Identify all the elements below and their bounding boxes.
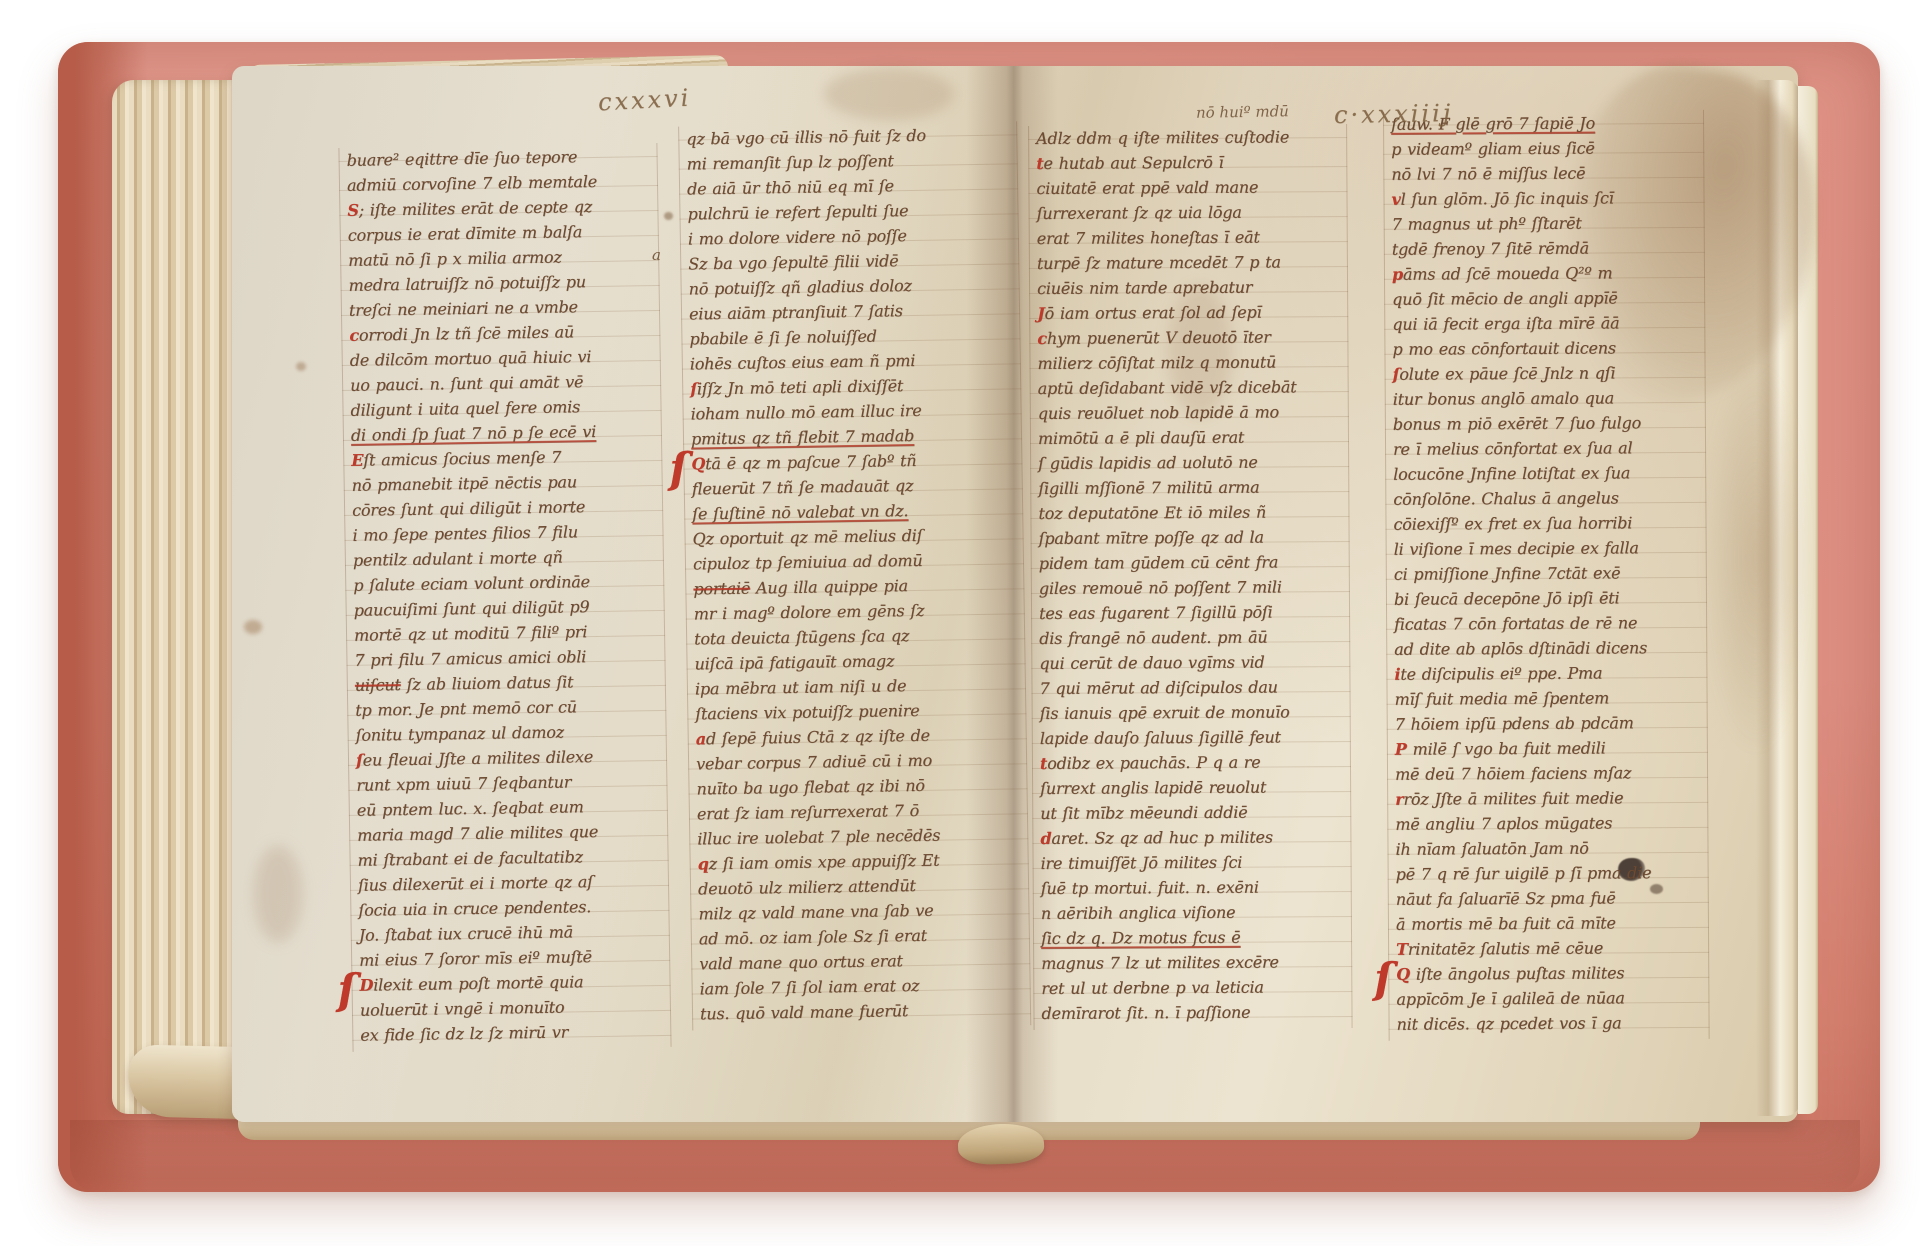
manuscript-text-line: ā mortis mē ba fuit cā mīte (1396, 910, 1708, 937)
manuscript-text-line: ad dite ab aplōs dſtinādi dicens (1394, 635, 1706, 662)
rubric-paraph-mark: ſ (669, 448, 688, 490)
manuscript-text-line: mīſ fuit media mē ſpentem (1395, 685, 1707, 712)
manuscript-text-line: magnus 7 lz ut milites excēre (1041, 949, 1351, 976)
manuscript-text-line: itur bonus anglō amalo qua (1393, 385, 1705, 412)
manuscript-text-line: ſurrexerant ſz qz uia lōga (1037, 199, 1347, 226)
manuscript-text-line: tgdē frenoy 7 ſitē rēmdā (1392, 235, 1704, 262)
manuscript-text-line: ſQ iſte āngolus puſtas milites (1396, 960, 1708, 987)
left-page-column-2: qz bā vgo cū illis nō fuit ſz domi reman… (678, 121, 1031, 1030)
manuscript-text-line: Trinitatēz ſalutis mē cēue (1396, 935, 1708, 962)
manuscript-text-line: locucōne Jnfine lotiſtat ex ſua (1393, 460, 1705, 487)
manuscript-text-line: 7 qui mērut ad diſcipulos dau (1039, 674, 1349, 701)
rubric-initial: d (1040, 829, 1051, 848)
manuscript-text-line: ciuēis nim tarde aprebatur (1037, 274, 1347, 301)
manuscript-text-line: ut ſit mībz mēeundi addiē (1040, 799, 1350, 826)
manuscript-text-line: bonus m piō exērēt 7 ſuo fulgo (1393, 410, 1705, 437)
left-page-text: buare² eqittre dīe ſuo teporeadmiū corvo… (338, 111, 1025, 1061)
rubric-initial: a (696, 729, 706, 748)
rubric-initial: v (1391, 190, 1400, 209)
manuscript-text-line: Jō iam ortus erat ſol ad ſepī (1037, 299, 1347, 326)
manuscript-text-line: Adlz ddm q iſte milites cuſtodie (1036, 124, 1346, 151)
manuscript-text-line: milierz cōſiſtat milz q monutū (1037, 349, 1347, 376)
manuscript-text-line: ex fide ſic dz lz ſz mirū vr (360, 1018, 670, 1048)
folio-number-right: c·xxxiiij (1334, 99, 1454, 129)
manuscript-photo: buare² eqittre dīe ſuo teporeadmiū corvo… (0, 0, 1920, 1246)
manuscript-text-line: ſ gūdis lapidis ad uolutō ne (1038, 449, 1348, 476)
rubric-initial: Q (1396, 965, 1410, 984)
rubric-strike: uiſcut (355, 675, 401, 695)
right-page-text: Adlz ddm q iſte milites cuſtodiete hutab… (1028, 110, 1718, 1074)
manuscript-text-line: pāms ad ſcē moueda Q²º m (1392, 260, 1704, 287)
manuscript-text-line: lapide dauſo ſaluus ſigillē feut (1040, 724, 1350, 751)
manuscript-text-line: n aēribih anglica viſione (1041, 899, 1351, 926)
manuscript-text-line: ite diſcipulis eiº ppe. Pma (1394, 660, 1706, 687)
manuscript-text-line: rrōz Jſte ā milites fuit medie (1395, 785, 1707, 812)
manuscript-text-line: turpē ſz mature mcedēt 7 p ta (1037, 249, 1347, 276)
manuscript-text-line: 7 hōiem ipſū pdens ab pdcām (1395, 710, 1707, 737)
marginal-note-left-page: a (652, 246, 661, 264)
right-page-fore-edge (1756, 80, 1800, 1116)
rubric-initial: c (1037, 329, 1047, 348)
right-page-column-2: ſauw. F glē grō 7 ſapiē Jop videamº glia… (1383, 110, 1710, 1041)
rubric-initial: E (351, 451, 363, 470)
manuscript-text-line: pē 7 q rē ſur uigilē p ſī pma die (1396, 860, 1708, 887)
rubric-initial: q (698, 854, 709, 873)
manuscript-text-line: daret. Sz qz ad huc p milites (1040, 824, 1350, 851)
rubric-initial: ſ (1393, 365, 1400, 384)
page-stack-edges (112, 80, 244, 1114)
manuscript-text-line: 7 magnus ut phº ſſtarēt (1392, 210, 1704, 237)
manuscript-text-line: bi ſeucā decepōne Jō ipſi ēti (1394, 585, 1706, 612)
rubric-initial: i (1394, 665, 1400, 684)
manuscript-text-line: tes eas fugarent 7 ſigillū pōſi (1039, 599, 1349, 626)
manuscript-text-line: ci pmiſſione Jnfine 7ctāt exē (1394, 560, 1706, 587)
rubric-initial: t (1036, 154, 1043, 173)
folio-number-left: cxxxvi (597, 84, 692, 117)
manuscript-text-line: ret ul ut derbne p va leticia (1041, 974, 1351, 1001)
rubric-initial: S (347, 201, 359, 220)
manuscript-text-line: ſurrext anglis lapidē reuolut (1040, 774, 1350, 801)
manuscript-text-line: aptū deſidabant vidē vſz dicebāt (1038, 374, 1348, 401)
rubric-strike: portaiē (693, 579, 750, 599)
manuscript-text-line: toz deputatōne Et iō miles ñ (1038, 499, 1348, 526)
manuscript-text-line: qui iā fecit erga iſta mīrē āā (1392, 310, 1704, 337)
manuscript-text-line: giles remouē nō poſſent 7 mili (1039, 574, 1349, 601)
manuscript-text-line: quō ſit mēcio de angli appīē (1392, 285, 1704, 312)
rubric-initial: ſ (356, 751, 363, 770)
rubric-paraph-mark: ſ (337, 969, 356, 1011)
manuscript-text-line: ſic dz q. Dz motus fcus ē (1041, 924, 1351, 951)
rubric-initial: c (349, 326, 359, 345)
rubric-paraph-mark: ſ (1374, 958, 1392, 1000)
manuscript-text-line: tus. quō vald mane fuerūt (700, 996, 1030, 1026)
manuscript-text-line: te hutab aut Sepulcrō ī (1036, 149, 1346, 176)
rubric-initial: t (1040, 754, 1047, 773)
manuscript-text-line: ſuē tp mortui. fuit. n. exēni (1041, 874, 1351, 901)
manuscript-text-line: erat 7 milites honeſtas ī eāt (1037, 224, 1347, 251)
rubric-initial: Q (691, 454, 705, 473)
rubric-initial: J (1037, 304, 1044, 323)
manuscript-text-line: nō lvi 7 nō ē miſſus lecē (1391, 160, 1703, 187)
manuscript-text-line: demīrarot ſit. n. ī paſſione (1041, 999, 1351, 1026)
manuscript-text-line: p mo eas cōnfortauit dicens (1392, 335, 1704, 362)
manuscript-text-line: ſigilli mſſionē 7 militū arma (1038, 474, 1348, 501)
manuscript-text-line: dis frangē nō audent. pm āū (1039, 624, 1349, 651)
manuscript-text-line: qui cerūt de dauo vgīms vid (1039, 649, 1349, 676)
rubric-initial: ſ (690, 379, 697, 398)
rubric-initial: r (1395, 790, 1403, 809)
right-page-column-1: Adlz ddm q iſte milites cuſtodiete hutab… (1028, 124, 1353, 1030)
manuscript-text-line: ciuitatē erat ppē vald mane (1036, 174, 1346, 201)
manuscript-text-line: ih nīam ſaluatōn Jam nō (1395, 835, 1707, 862)
manuscript-text-line: nit dicēs. qz pcedet vos ī ga (1396, 1010, 1708, 1037)
manuscript-text-line: ficatas 7 cōn fortatas de rē ne (1394, 610, 1706, 637)
left-page-column-1: buare² eqittre dīe ſuo teporeadmiū corvo… (338, 143, 671, 1052)
manuscript-text-line: nāut fa ſaluarīē Sz pma fuē (1396, 885, 1708, 912)
manuscript-text-line: ire timuiſſēt Jō milites ſci (1041, 849, 1351, 876)
manuscript-text-line: quis reuōluet nob lapidē ā mo (1038, 399, 1348, 426)
manuscript-text-line: pidem tam gūdem cū cēnt fra (1039, 549, 1349, 576)
manuscript-text-line: re ī melius cōnfortat ex ſua al (1393, 435, 1705, 462)
manuscript-text-line: P milē ſ vgo ba fuit medili (1395, 735, 1707, 762)
manuscript-text-line: p videamº gliam eius ſicē (1391, 135, 1703, 162)
manuscript-text-line: chym puenerūt V deuotō īter (1037, 324, 1347, 351)
rubric-initial: D (359, 976, 373, 995)
rubric-initial: T (1396, 940, 1408, 959)
rubric-initial: p (1392, 265, 1403, 284)
manuscript-text-line: appīcōm Je ī galileā de nūaa (1396, 985, 1708, 1012)
manuscript-text-line: li viſione ī mes decipie ex falla (1394, 535, 1706, 562)
manuscript-text-line: mē deū 7 hōiem faciens mſaz (1395, 760, 1707, 787)
rubric-initial: P (1395, 740, 1407, 759)
manuscript-text-line: cōiexiſſº ex fret ex ſua horribi (1393, 510, 1705, 537)
manuscript-text-line: ſolute ex pāue ſcē Jnlz n qſi (1393, 360, 1705, 387)
header-note-right-page: nō huiº mdū (1196, 102, 1289, 122)
manuscript-text-line: mē angliu 7 aplos mūgates (1395, 810, 1707, 837)
manuscript-text-line: vl ſun glōm. Jō ſic inquis ſcī (1391, 185, 1703, 212)
manuscript-text-line: ſis ianuis qpē exruit de monuīo (1040, 699, 1350, 726)
manuscript-text-line: mimōtū a ē pli dauſū erat (1038, 424, 1348, 451)
manuscript-text-line: cōnſolōne. Chalus ā angelus (1393, 485, 1705, 512)
under-page-edge (1798, 86, 1818, 1114)
manuscript-text-line: todibz ex pauchās. P q a re (1040, 749, 1350, 776)
manuscript-text-line: ſpabant mītre poſſe qz ad la (1039, 524, 1349, 551)
